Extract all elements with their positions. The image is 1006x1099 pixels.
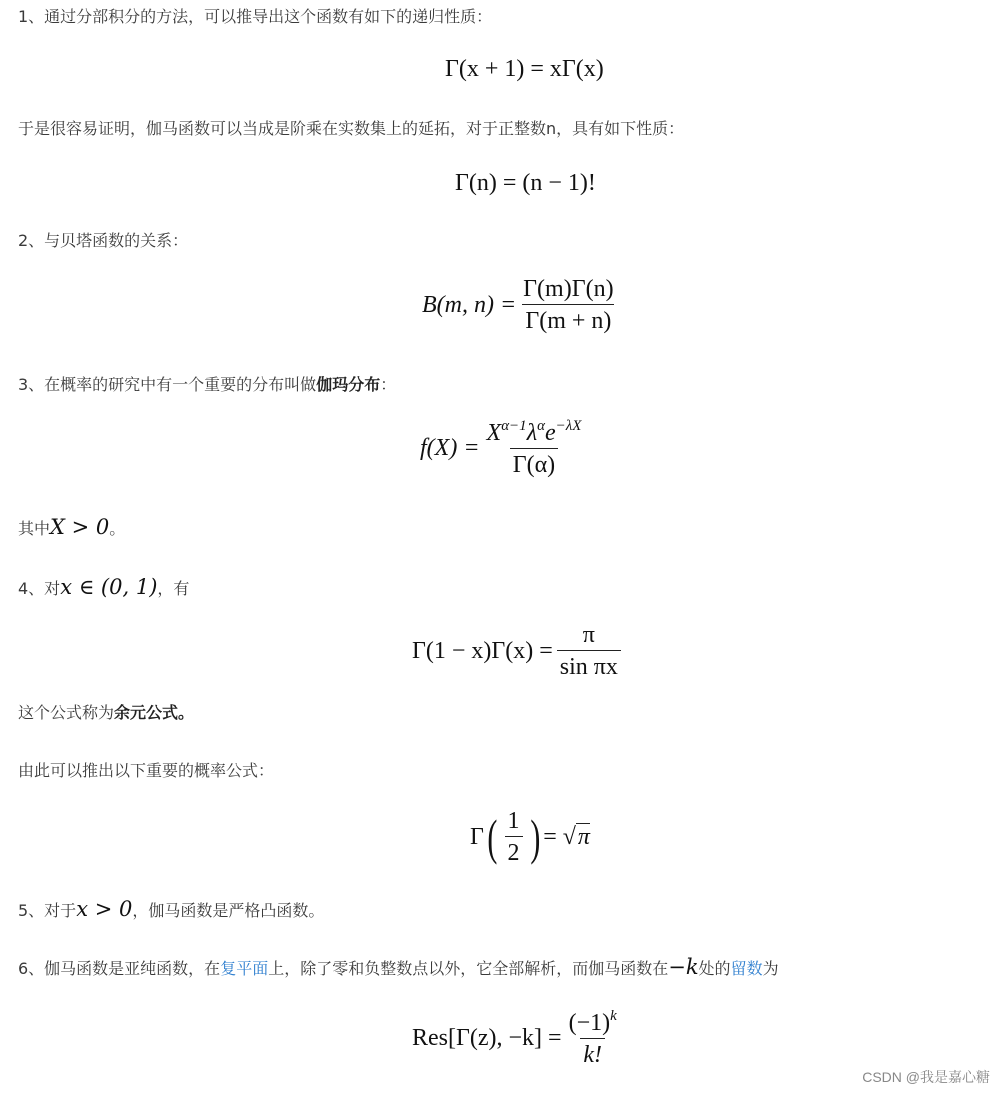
- csdn-watermark: CSDN @我是嘉心糖: [862, 1067, 990, 1087]
- numerator: Γ(m)Γ(n): [520, 276, 616, 304]
- formula-reflection: Γ(1 − x)Γ(x) = π sin πx: [412, 622, 625, 681]
- text: 处的: [699, 959, 731, 978]
- text: 。: [109, 519, 125, 538]
- paragraph-gamma-distribution-intro: 3、在概率的研究中有一个重要的分布叫做伽玛分布：: [18, 374, 396, 396]
- denominator: Γ(m + n): [522, 304, 614, 334]
- left-paren: (: [487, 812, 497, 862]
- numerator: π: [580, 622, 598, 650]
- formula-lhs: f(X) =: [420, 435, 480, 462]
- fraction: π sin πx: [557, 622, 621, 681]
- formula-gamma-half: Γ ( 1 2 ) = √π: [470, 808, 590, 867]
- paragraph-probability-intro: 由此可以推出以下重要的概率公式：: [18, 760, 274, 782]
- text: 这个公式称为: [18, 703, 114, 722]
- paragraph-reflection-name: 这个公式称为余元公式。: [18, 702, 194, 724]
- text: 6、伽马函数是亚纯函数，在: [18, 959, 220, 978]
- paragraph-factorial-intro: 于是很容易证明，伽马函数可以当成是阶乘在实数集上的延拓，对于正整数n，具有如下性…: [18, 118, 684, 140]
- numerator: Xα−1λαe−λX: [484, 418, 585, 448]
- formula-gamma-distribution: f(X) = Xα−1λαe−λX Γ(α): [420, 418, 588, 479]
- text: 为: [763, 959, 779, 978]
- inline-math: X > 0: [50, 515, 109, 539]
- text: 3、在概率的研究中有一个重要的分布叫做: [18, 375, 316, 394]
- exp: α−1: [501, 418, 527, 434]
- formula-factorial: Γ(n) = (n − 1)!: [455, 170, 596, 197]
- fraction: 1 2: [505, 808, 523, 867]
- text: 上，除了零和负整数点以外，它全部解析，而伽马函数在: [268, 959, 668, 978]
- formula-text: Γ(n) = (n − 1)!: [455, 170, 596, 197]
- formula-beta: B(m, n) = Γ(m)Γ(n) Γ(m + n): [422, 276, 621, 335]
- gamma-symbol: Γ: [470, 824, 484, 851]
- formula-text: Γ(x + 1) = xΓ(x): [445, 56, 604, 83]
- var: λ: [527, 420, 537, 446]
- inline-math: x > 0: [76, 897, 132, 921]
- paragraph-interval: 4、对x ∈ (0, 1)，有: [18, 576, 189, 600]
- fraction: Xα−1λαe−λX Γ(α): [484, 418, 585, 479]
- text: ，伽马函数是严格凸函数。: [132, 901, 324, 920]
- paragraph-beta-intro: 2、与贝塔函数的关系：: [18, 230, 188, 252]
- paragraph-x-positive: 其中X > 0。: [18, 516, 125, 540]
- numerator: 1: [505, 808, 523, 836]
- numerator: (−1)k: [566, 1008, 620, 1038]
- var: e: [545, 420, 556, 446]
- inline-math: x ∈ (0, 1): [60, 575, 157, 599]
- denominator: k!: [580, 1038, 605, 1068]
- base: (−1): [569, 1010, 611, 1036]
- formula-residue: Res[Γ(z), −k] = (−1)k k!: [412, 1008, 624, 1069]
- formula-lhs: Γ(1 − x)Γ(x) =: [412, 638, 553, 665]
- paragraph-convex: 5、对于x > 0，伽马函数是严格凸函数。: [18, 898, 324, 922]
- den-text: k!: [583, 1042, 602, 1068]
- formula-recursion: Γ(x + 1) = xΓ(x): [445, 56, 604, 83]
- paragraph-meromorphic: 6、伽马函数是亚纯函数，在复平面上，除了零和负整数点以外，它全部解析，而伽马函数…: [18, 956, 779, 980]
- text: 4、对: [18, 579, 60, 598]
- exp: k: [610, 1008, 617, 1024]
- exp: α: [537, 418, 545, 434]
- complex-plane-link[interactable]: 复平面: [220, 959, 268, 978]
- formula-rhs: = √: [543, 824, 576, 851]
- formula-lhs: B(m, n) =: [422, 292, 516, 319]
- paragraph-recursion-intro: 1、通过分部积分的方法，可以推导出这个函数有如下的递归性质：: [18, 6, 492, 28]
- right-paren: ): [530, 812, 540, 862]
- denominator: sin πx: [557, 650, 621, 680]
- denominator: 2: [505, 836, 523, 866]
- text: ，有: [157, 579, 189, 598]
- pi-symbol: π: [576, 823, 590, 851]
- denominator: Γ(α): [510, 448, 558, 478]
- residue-link[interactable]: 留数: [731, 959, 763, 978]
- var: X: [487, 420, 502, 446]
- inline-math: −k: [668, 955, 698, 979]
- fraction: Γ(m)Γ(n) Γ(m + n): [520, 276, 616, 335]
- text: 其中: [18, 519, 50, 538]
- exp: −λX: [556, 418, 582, 434]
- bold-term: 余元公式。: [114, 703, 194, 722]
- text: 5、对于: [18, 901, 76, 920]
- bold-term: 伽玛分布: [316, 375, 380, 394]
- fraction: (−1)k k!: [566, 1008, 620, 1069]
- text: ：: [380, 375, 396, 394]
- formula-lhs: Res[Γ(z), −k] =: [412, 1025, 562, 1052]
